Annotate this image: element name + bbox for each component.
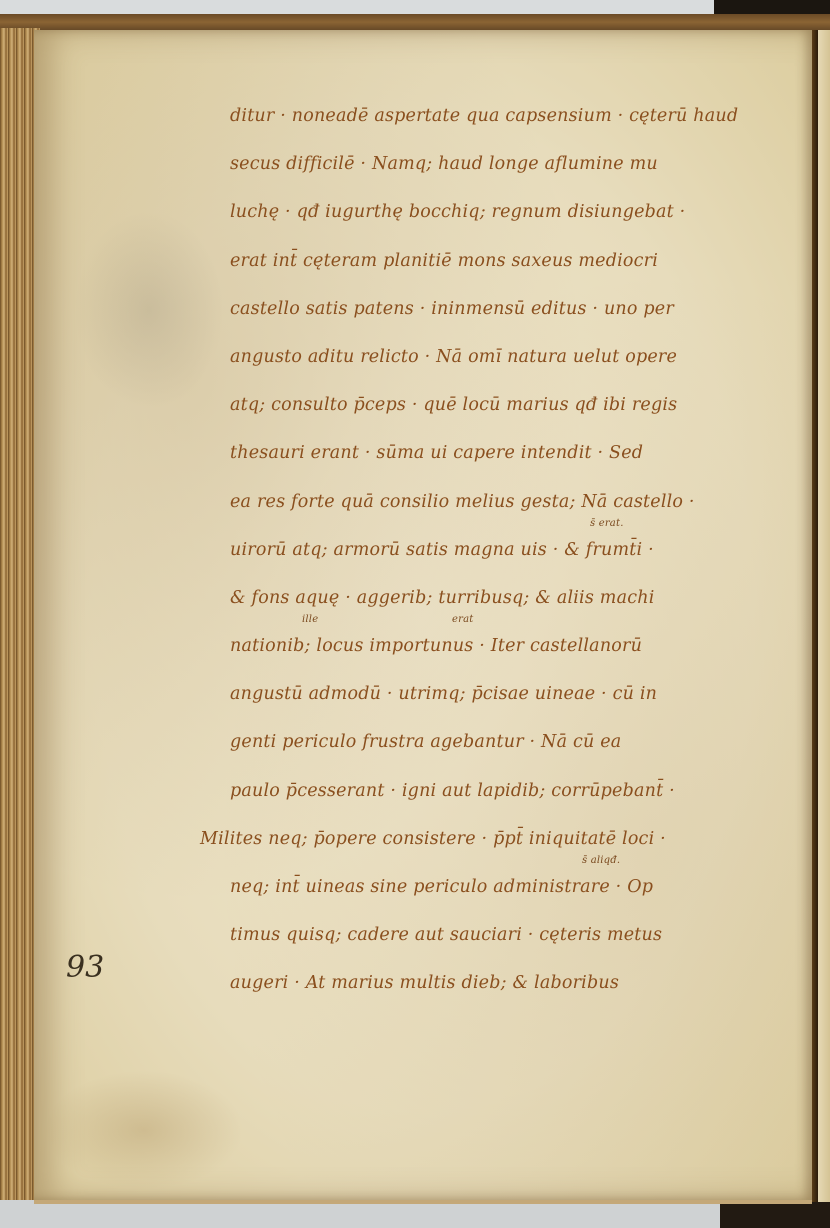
interlinear-gloss: erat [452, 614, 473, 626]
interlinear-gloss: s̄ erat. [590, 518, 624, 530]
text-line: paulo p̄cesserant · igni aut lapidib; co… [230, 771, 790, 819]
text-line: ditur · noneadē aspertate qua capsensium… [230, 96, 790, 144]
stain [74, 210, 224, 410]
manuscript-text: ditur · noneadē aspertate qua capsensium… [230, 96, 790, 1012]
stain [44, 1070, 244, 1190]
text-line-with-gloss: s̄ aliqđ. neq; int̄ uineas sine periculo… [230, 867, 790, 915]
text-line: angusto aditu relicto · Nā omī natura ue… [230, 337, 790, 385]
text-line: angustū admodū · utrimq; p̄cisae uineae … [230, 674, 790, 722]
text-line-content: uirorū atq; armorū satis magna uis · & f… [230, 540, 654, 560]
text-line: castello satis patens · ininmensū editus… [230, 289, 790, 337]
text-line: genti periculo frustra agebantur · Nā cū… [230, 722, 790, 770]
text-line-with-gloss: s̄ erat. uirorū atq; armorū satis magna … [230, 530, 790, 578]
interlinear-gloss: ille [302, 614, 318, 626]
text-line: luchę · qđ iugurthę bocchiq; regnum disi… [230, 192, 790, 240]
text-line-content: nationib; locus importunus · Iter castel… [230, 636, 642, 656]
text-line: erat int̄ cęteram planitiē mons saxeus m… [230, 241, 790, 289]
text-line: secus difficilē · Namq; haud longe aflum… [230, 144, 790, 192]
next-page-edge [818, 30, 830, 1202]
text-line-content: neq; int̄ uineas sine periculo administr… [230, 877, 653, 897]
text-line: thesauri erant · sūma ui capere intendit… [230, 433, 790, 481]
text-line: timus quisq; cadere aut sauciari · cęter… [230, 915, 790, 963]
text-line: ea res forte quā consilio melius gesta; … [230, 482, 790, 530]
interlinear-gloss: s̄ aliqđ. [582, 855, 620, 867]
folio-number: 93 [66, 950, 104, 985]
text-line-with-gloss: ille erat nationib; locus importunus · I… [230, 626, 790, 674]
text-line: augeri · At marius multis dieb; & labori… [230, 963, 790, 1011]
text-line-initial: Milites neq; p̄opere consistere · p̄pt̄ … [200, 819, 790, 867]
text-line: atq; consulto p̄ceps · quē locū marius q… [230, 385, 790, 433]
